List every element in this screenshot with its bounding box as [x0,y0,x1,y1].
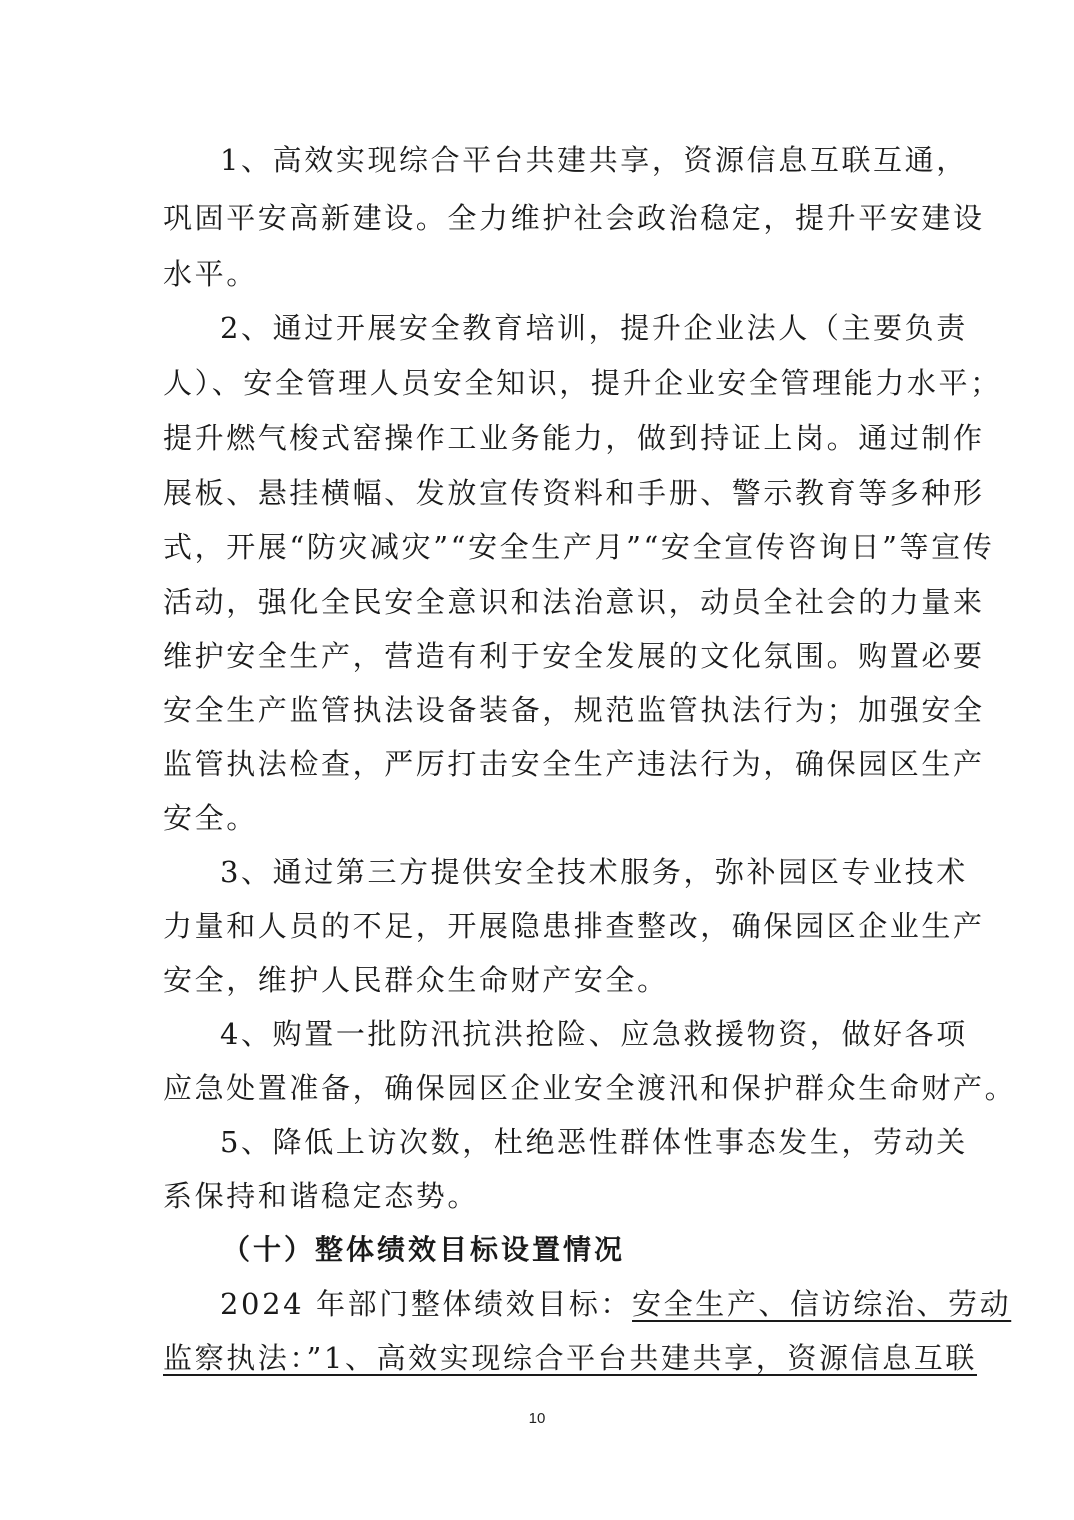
text-line: 系保持和谐稳定态势。 [163,1178,479,1214]
text-line: 人）、安全管理人员安全知识，提升企业安全管理能力水平； [163,365,1002,401]
text-line: 巩固平安高新建设。全力维护社会政治稳定，提升平安建设 [163,200,985,236]
text-line: 式，开展“防灾减灾”“安全生产月”“安全宣传咨询日”等宣传 [163,529,994,565]
goal-paragraph-line-2: 监察执法：”1、高效实现综合平台共建共享，资源信息互联 [163,1340,977,1376]
page-number: 10 [0,1410,1074,1427]
text-line: 维护安全生产，营造有利于安全发展的文化氛围。购置必要 [163,638,985,674]
text-line: 1、高效实现综合平台共建共享，资源信息互联互通， [220,142,968,178]
goal-text-underlined: 安全生产、信访综治、劳动 [632,1287,1011,1321]
section-heading: （十）整体绩效目标设置情况 [222,1232,625,1268]
text-line: 安全。 [163,800,258,836]
goal-paragraph-line-1: 2024 年部门整体绩效目标：安全生产、信访综治、劳动 [220,1286,1011,1322]
goal-label: 2024 年部门整体绩效目标： [220,1287,632,1321]
text-line: 监管执法检查，严厉打击安全生产违法行为，确保园区生产 [163,746,985,782]
text-line: 提升燃气梭式窑操作工业务能力，做到持证上岗。通过制作 [163,420,985,456]
text-line: 力量和人员的不足，开展隐患排查整改，确保园区企业生产 [163,908,985,944]
text-line: 5、降低上访次数，杜绝恶性群体性事态发生，劳动关 [220,1124,968,1160]
text-line: 4、购置一批防汛抗洪抢险、应急救援物资，做好各项 [220,1016,968,1052]
text-line: 水平。 [163,256,258,292]
text-line: 活动，强化全民安全意识和法治意识，动员全社会的力量来 [163,584,985,620]
text-line: 3、通过第三方提供安全技术服务，弥补园区专业技术 [220,854,968,890]
text-line: 安全，维护人民群众生命财产安全。 [163,962,669,998]
text-line: 2、通过开展安全教育培训，提升企业法人（主要负责 [220,310,968,346]
goal-text-underlined: 监察执法：”1、高效实现综合平台共建共享，资源信息互联 [163,1341,977,1375]
document-page: 1、高效实现综合平台共建共享，资源信息互联互通，巩固平安高新建设。全力维护社会政… [0,0,1074,1520]
text-line: 应急处置准备，确保园区企业安全渡汛和保护群众生命财产。 [163,1070,1016,1106]
text-line: 安全生产监管执法设备装备，规范监管执法行为；加强安全 [163,692,985,728]
text-line: 展板、悬挂横幅、发放宣传资料和手册、警示教育等多种形 [163,475,985,511]
